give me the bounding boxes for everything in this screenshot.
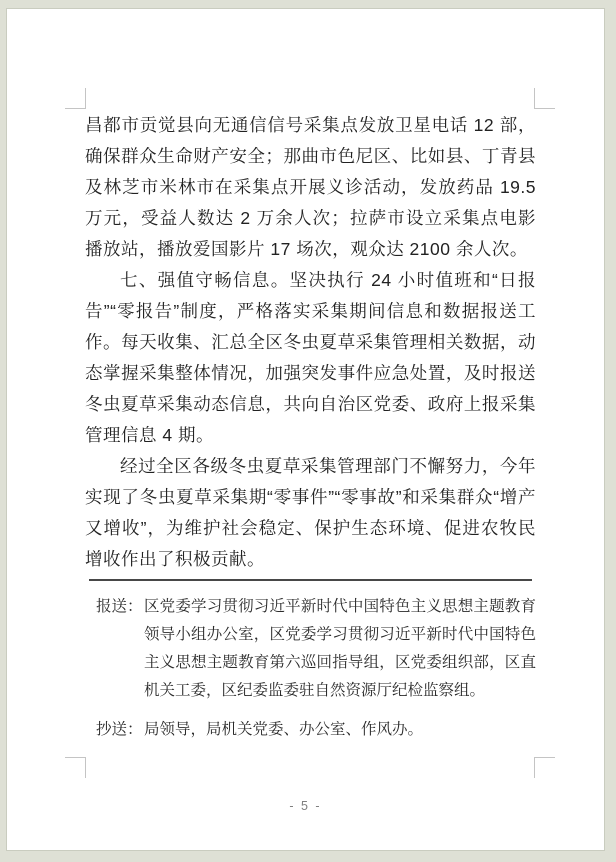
- copy-to-label: 抄送：: [96, 716, 144, 744]
- report-to-label: 报送：: [96, 593, 144, 621]
- copy-to-row: 抄送： 局领导，局机关党委、办公室、作风办。: [85, 716, 536, 744]
- page-number: - 5 -: [7, 799, 604, 813]
- paragraph-conclusion: 经过全区各级冬虫夏草采集管理部门不懈努力，今年实现了冬虫夏草采集期“零事件”“零…: [85, 451, 536, 575]
- margin-crop-mark-bottom-right: [534, 757, 555, 778]
- margin-crop-mark-top-left: [65, 88, 86, 109]
- paragraph-section-7: 七、强值守畅信息。坚决执行 24 小时值班和“日报告”“零报告”制度，严格落实采…: [85, 265, 536, 451]
- distribution-list: 报送： 区党委学习贯彻习近平新时代中国特色主义思想主题教育领导小组办公室，区党委…: [85, 579, 536, 744]
- margin-crop-mark-bottom-left: [65, 757, 86, 778]
- separator-line: [89, 579, 532, 581]
- copy-to-text: 局领导，局机关党委、办公室、作风办。: [144, 716, 536, 744]
- document-page: 昌都市贡觉县向无通信信号采集点发放卫星电话 12 部，确保群众生命财产安全；那曲…: [6, 8, 605, 851]
- margin-crop-mark-top-right: [534, 88, 555, 109]
- body-text: 昌都市贡觉县向无通信信号采集点发放卫星电话 12 部，确保群众生命财产安全；那曲…: [85, 110, 536, 575]
- report-to-text: 区党委学习贯彻习近平新时代中国特色主义思想主题教育领导小组办公室，区党委学习贯彻…: [144, 593, 536, 705]
- paragraph-continuation: 昌都市贡觉县向无通信信号采集点发放卫星电话 12 部，确保群众生命财产安全；那曲…: [85, 110, 536, 265]
- report-to-row: 报送： 区党委学习贯彻习近平新时代中国特色主义思想主题教育领导小组办公室，区党委…: [85, 593, 536, 705]
